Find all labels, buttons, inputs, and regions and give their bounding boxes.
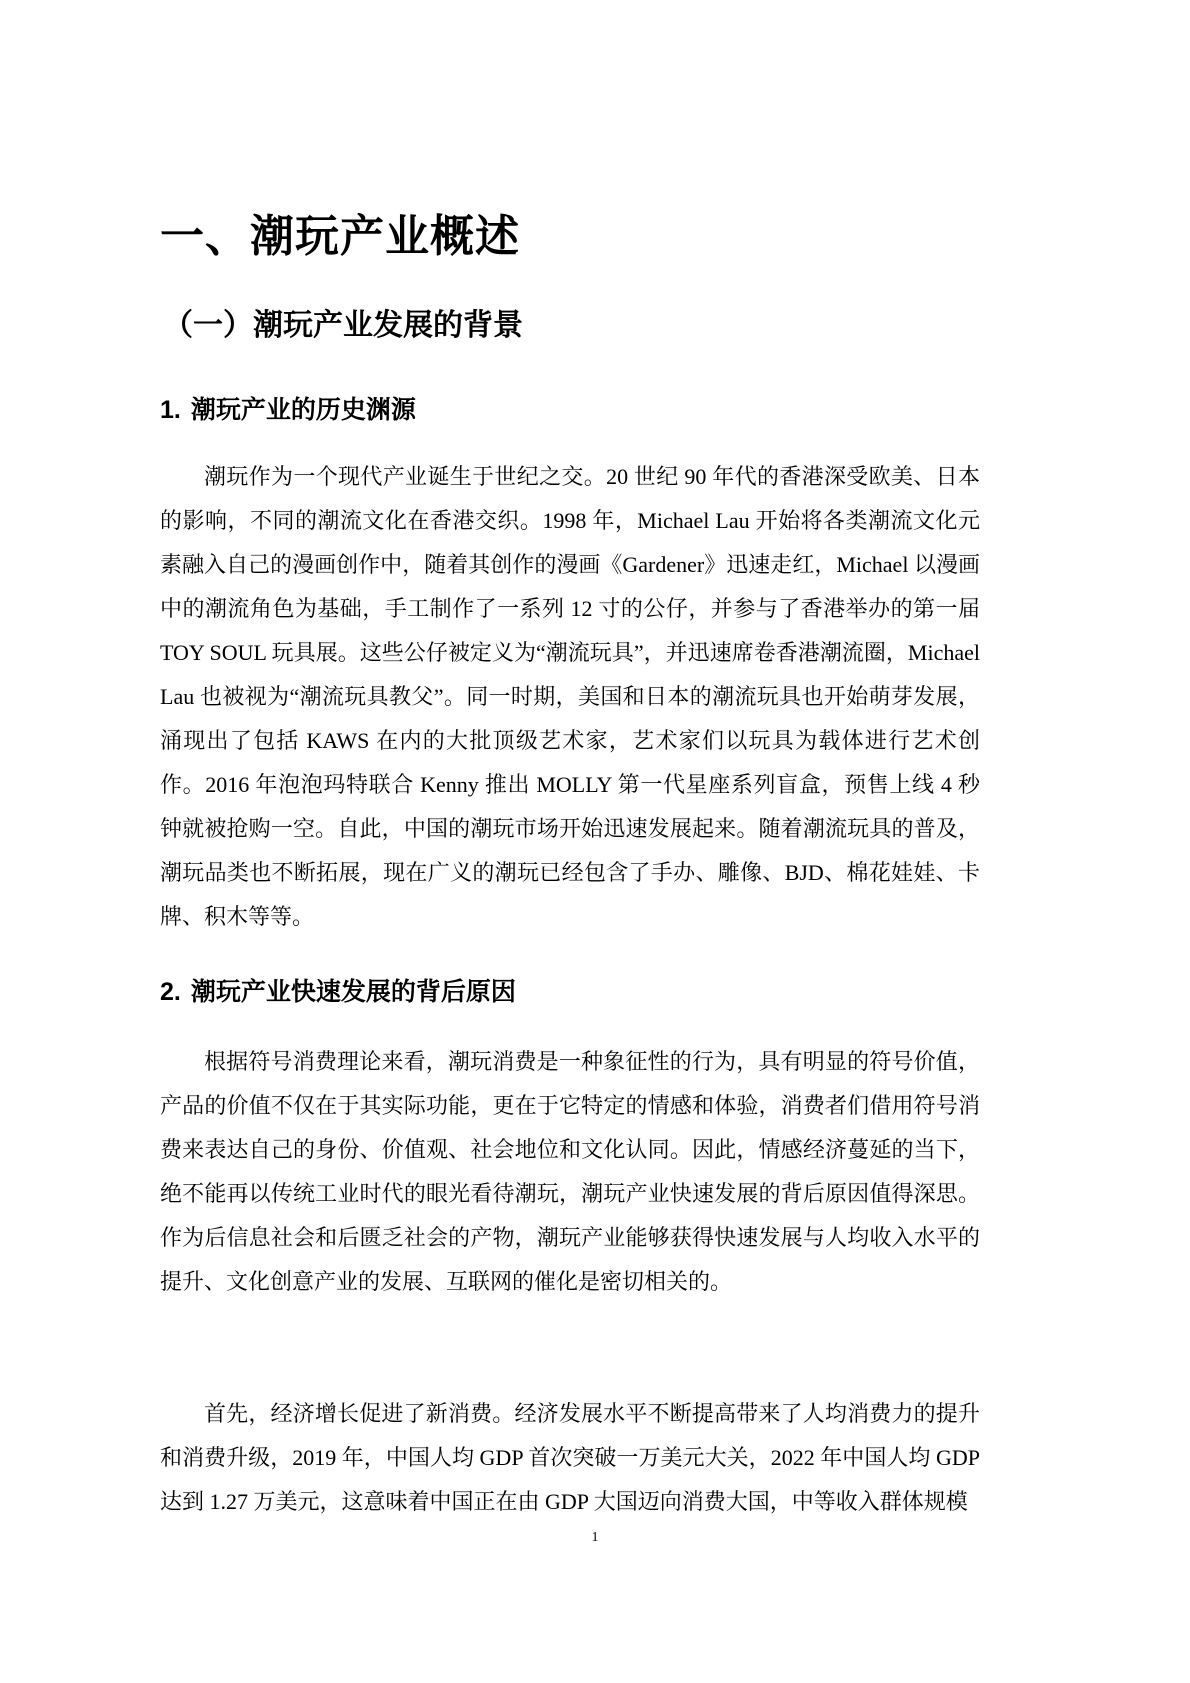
document-page: 一、潮玩产业概述 （一）潮玩产业发展的背景 1.潮玩产业的历史渊源 潮玩作为一个… xyxy=(0,0,1190,1683)
subsection-heading-2: 2.潮玩产业快速发展的背后原因 xyxy=(160,972,516,1008)
paragraph: 潮玩作为一个现代产业诞生于世纪之交。20 世纪 90 年代的香港深受欧美、日本的… xyxy=(160,455,980,939)
chapter-title: 一、潮玩产业概述 xyxy=(160,200,520,264)
subsection-number: 2. xyxy=(160,978,181,1006)
paragraph: 首先，经济增长促进了新消费。经济发展水平不断提高带来了人均消费力的提升和消费升级… xyxy=(160,1392,980,1524)
subsection-title: 潮玩产业快速发展的背后原因 xyxy=(191,977,516,1006)
page-number: 1 xyxy=(0,1530,1190,1546)
paragraph: 根据符号消费理论来看，潮玩消费是一种象征性的行为，具有明显的符号价值，产品的价值… xyxy=(160,1040,980,1304)
subsection-number: 1. xyxy=(160,396,181,424)
subsection-heading-1: 1.潮玩产业的历史渊源 xyxy=(160,390,416,426)
section-title: （一）潮玩产业发展的背景 xyxy=(163,300,523,344)
subsection-title: 潮玩产业的历史渊源 xyxy=(191,395,416,424)
